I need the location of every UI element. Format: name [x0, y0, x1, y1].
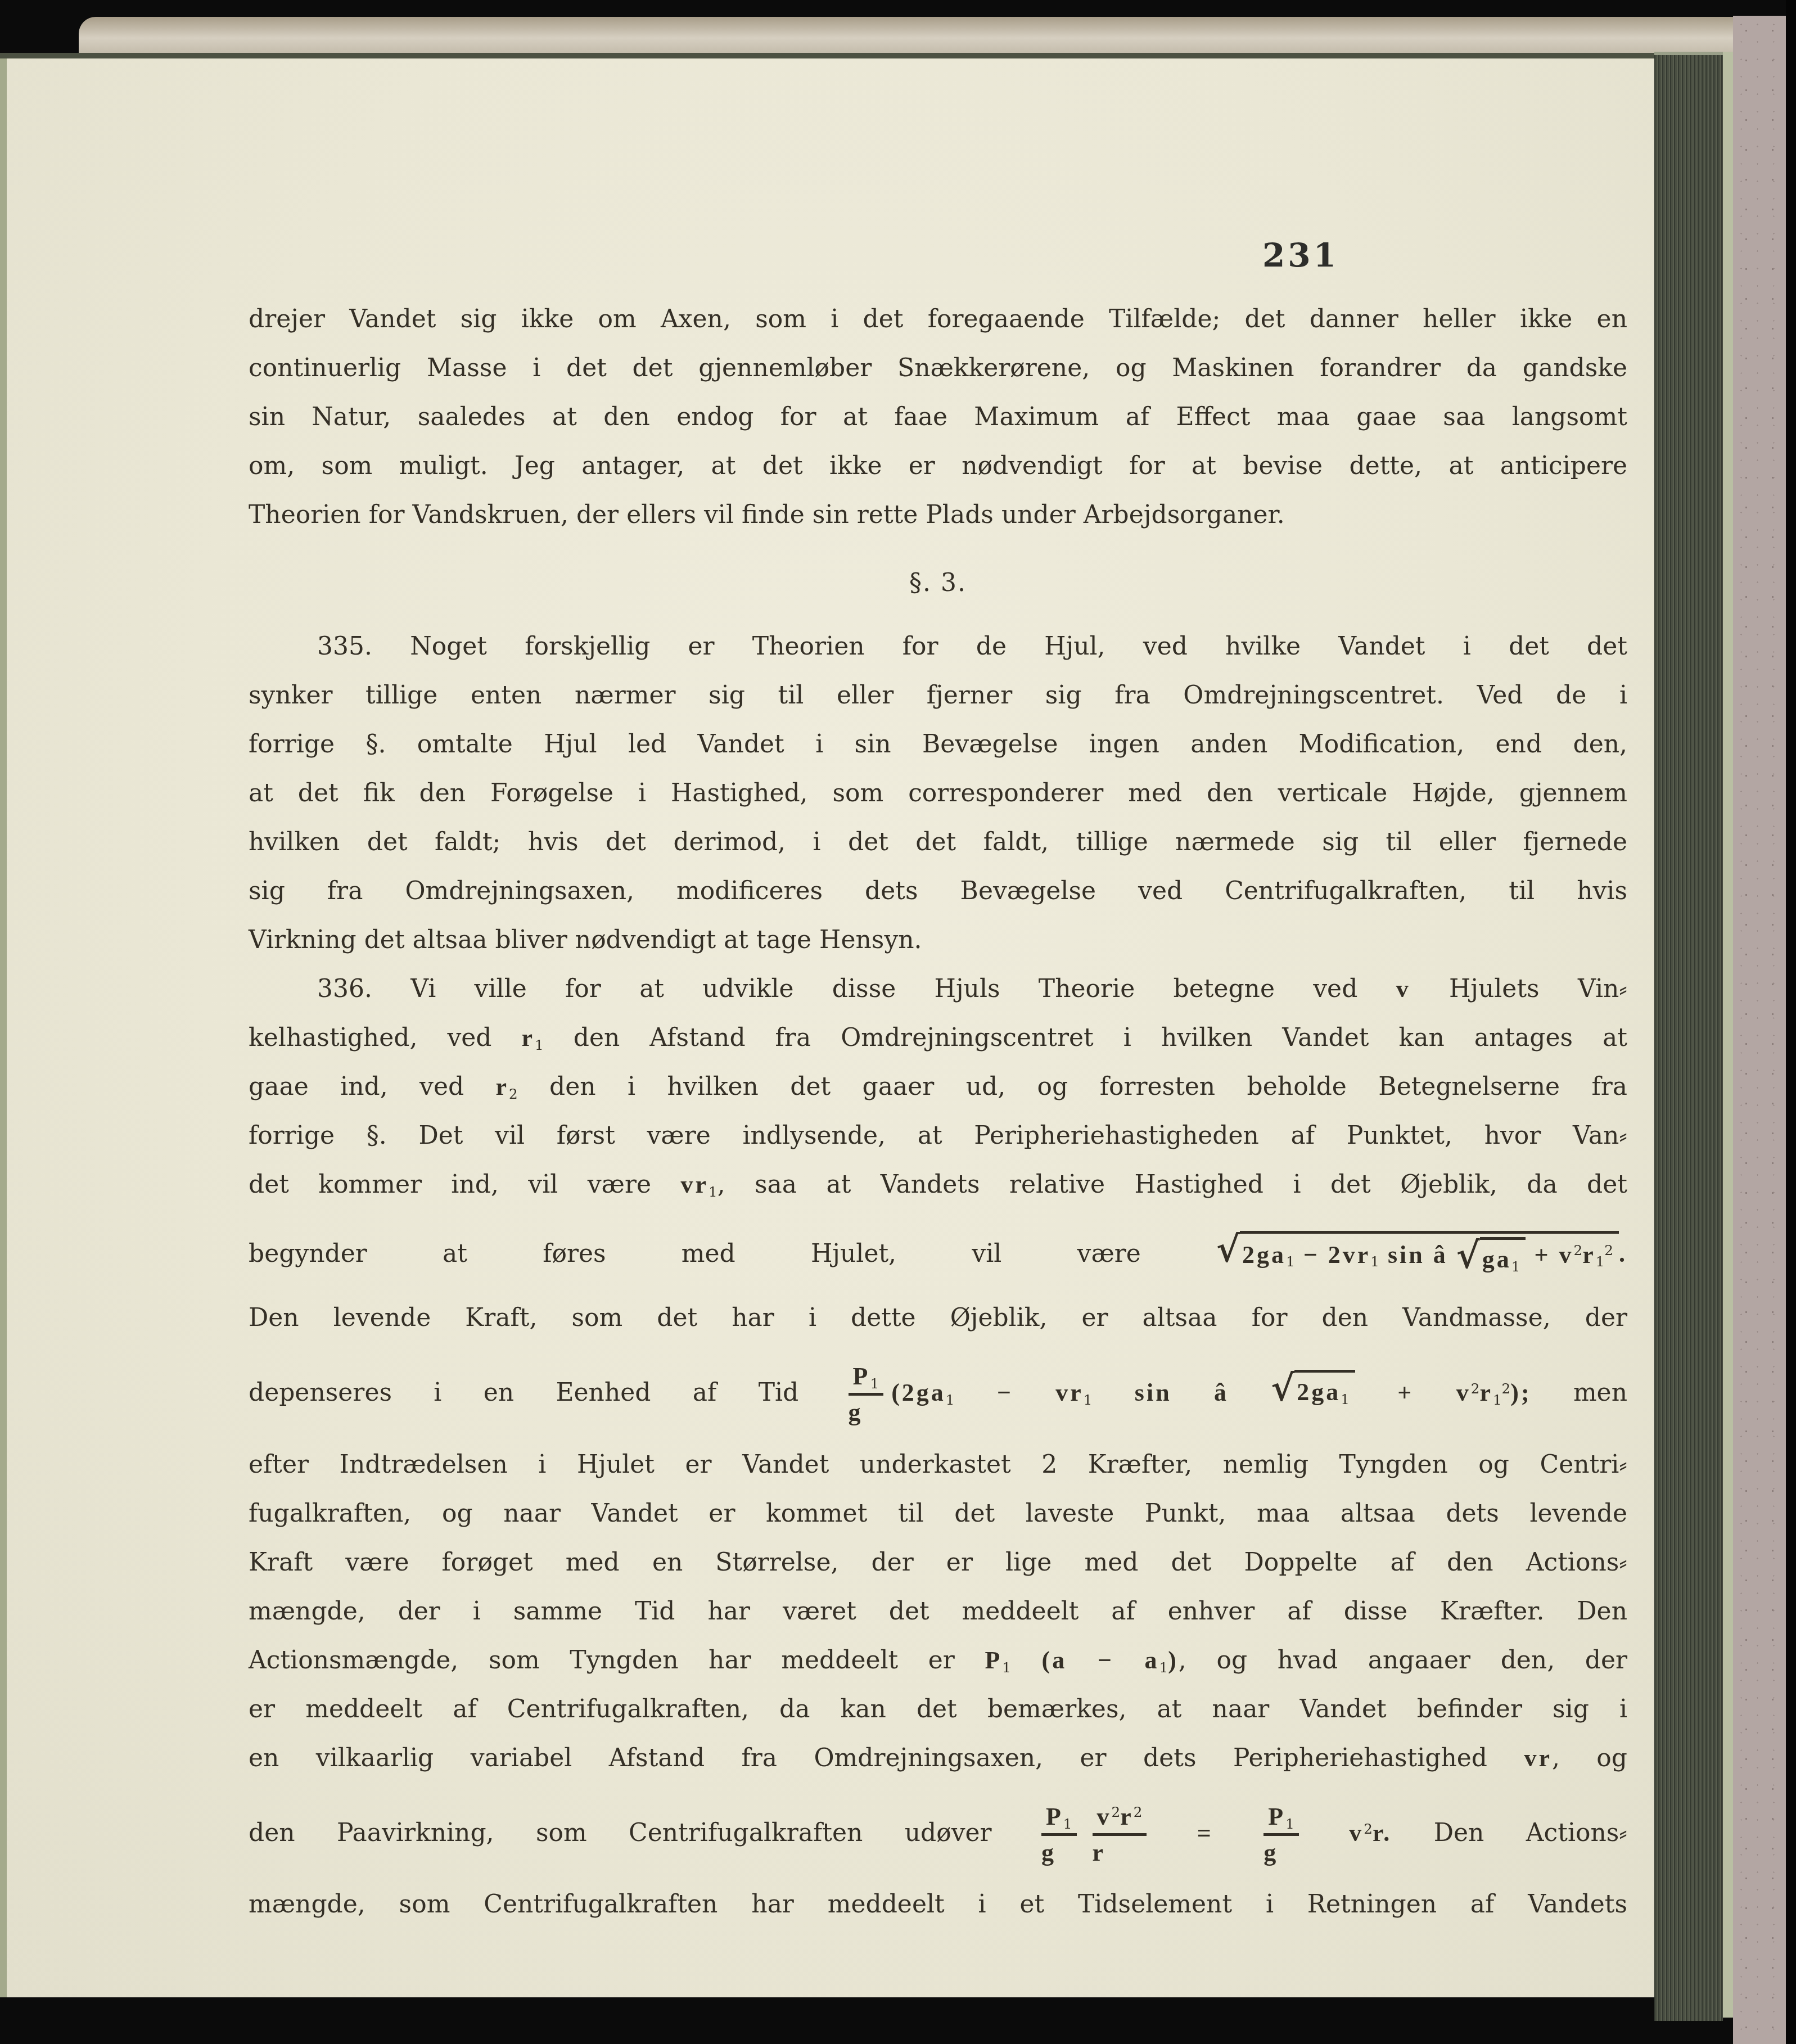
text-line: mængde, der i samme Tid har været det me…: [249, 1587, 1627, 1636]
text-line: continuerlig Masse i det det gjennemløbe…: [249, 344, 1627, 392]
book-cover-board: [1733, 16, 1786, 2044]
radical-expression: √2ga1 − 2vr1 sin â √ga1 + v2r12: [1216, 1231, 1619, 1280]
radical-expression: √ga1: [1456, 1237, 1526, 1275]
text-line: Virkning det altsaa bliver nødvendigt at…: [249, 915, 1627, 964]
text-line: om, som muligt. Jeg antager, at det ikke…: [249, 441, 1627, 490]
text-line: depenseres i en Eenhed af Tid P1g(2ga1 −…: [249, 1362, 1627, 1427]
text-line: Theorien for Vandskruen, der ellers vil …: [249, 490, 1627, 539]
text-line: Den levende Kraft, som det har i dette Ø…: [249, 1293, 1627, 1342]
text-line: kelhastighed, ved r1 den Afstand fra Omd…: [249, 1013, 1627, 1062]
radical-expression: √2ga1: [1271, 1370, 1355, 1419]
fraction: P1g: [849, 1362, 884, 1427]
text-line: forrige §. omtalte Hjul led Vandet i sin…: [249, 720, 1627, 769]
text-line: Actionsmængde, som Tyngden har meddeelt …: [249, 1636, 1627, 1685]
page-number: 231: [1262, 236, 1339, 274]
text-line: sig fra Omdrejningsaxen, modificeres det…: [249, 867, 1627, 915]
book-page: 231 drejer Vandet sig ikke om Axen, som …: [7, 58, 1654, 1997]
radical-sign: √: [1271, 1368, 1294, 1410]
text-line: den Paavirkning, som Centrifugalkraften …: [249, 1803, 1627, 1867]
text-line: fugalkraften, og naar Vandet er kommet t…: [249, 1489, 1627, 1538]
fraction: v2r2r: [1093, 1803, 1147, 1867]
text-line: hvilken det faldt; hvis det derimod, i d…: [249, 818, 1627, 867]
text-line: drejer Vandet sig ikke om Axen, som i de…: [249, 295, 1627, 344]
text-line: Kraft være forøget med en Størrelse, der…: [249, 1538, 1627, 1587]
text-line: begynder at føres med Hjulet, vil være √…: [249, 1229, 1627, 1280]
radical-sign: √: [1216, 1229, 1240, 1271]
text-line: 336. Vi ville for at udvikle disse Hjuls…: [249, 964, 1627, 1013]
text-line: synker tillige enten nærmer sig til elle…: [249, 671, 1627, 720]
text-line: sin Natur, saaledes at den endog for at …: [249, 392, 1627, 441]
book-top-edge: [79, 17, 1738, 55]
book-scan: 231 drejer Vandet sig ikke om Axen, som …: [0, 0, 1796, 2044]
page-text: drejer Vandet sig ikke om Axen, som i de…: [249, 295, 1627, 1929]
background-right: [1786, 0, 1796, 2044]
text-line: forrige §. Det vil først være indlysende…: [249, 1111, 1627, 1160]
section-heading: §. 3.: [249, 558, 1627, 607]
fraction: P1g: [1041, 1803, 1077, 1867]
text-line: efter Indtrædelsen i Hjulet er Vandet un…: [249, 1440, 1627, 1489]
fraction: P1g: [1263, 1803, 1299, 1867]
text-line: det kommer ind, vil være vr1, saa at Van…: [249, 1160, 1627, 1209]
page-left-edge: [0, 58, 7, 1997]
book-fore-edge: [1654, 52, 1723, 2021]
text-line: mængde, som Centrifugalkraften har medde…: [249, 1880, 1627, 1929]
text-line: gaae ind, ved r2 den i hvilken det gaaer…: [249, 1062, 1627, 1111]
text-line: er meddeelt af Centrifugalkraften, da ka…: [249, 1685, 1627, 1734]
fore-edge-highlight: [1723, 52, 1733, 2018]
text-line: en vilkaarlig variabel Afstand fra Omdre…: [249, 1734, 1627, 1783]
text-line: 335. Noget forskjellig er Theorien for d…: [249, 622, 1627, 671]
radical-sign: √: [1456, 1235, 1480, 1277]
text-line: at det fik den Forøgelse i Hastighed, so…: [249, 769, 1627, 818]
